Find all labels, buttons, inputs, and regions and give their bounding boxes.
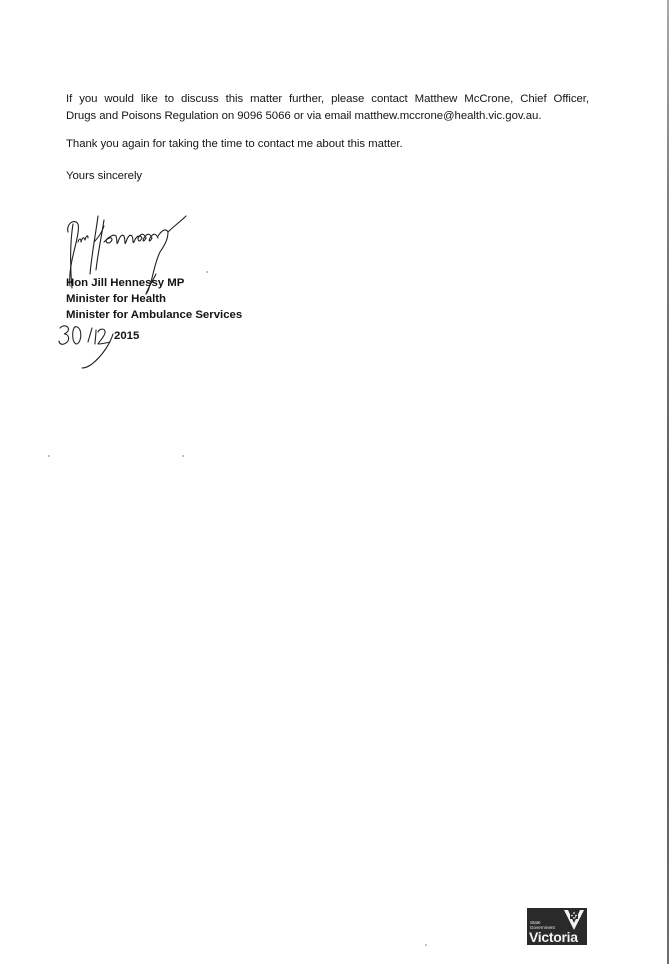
date-year: 2015 <box>114 330 139 342</box>
closing-salutation: Yours sincerely <box>66 168 142 185</box>
thank-you-paragraph: Thank you again for taking the time to c… <box>66 136 403 153</box>
contact-paragraph-line-1: If you would like to discuss this matter… <box>66 91 589 108</box>
signatory-name: Hon Jill Hennessy MP <box>66 275 242 291</box>
contact-paragraph-line-2: Drugs and Poisons Regulation on 9096 506… <box>66 108 589 125</box>
handwritten-date-icon <box>58 322 118 372</box>
signatory-title-health: Minister for Health <box>66 291 242 307</box>
victoria-v-southern-cross-icon <box>563 909 585 931</box>
logo-wordmark: Victoria <box>529 930 578 944</box>
scan-speck <box>425 944 427 946</box>
scan-speck <box>48 455 50 457</box>
scan-speck <box>206 271 208 273</box>
signatory-title-ambulance: Minister for Ambulance Services <box>66 307 242 323</box>
scan-speck <box>182 455 184 457</box>
letter-page: If you would like to discuss this matter… <box>0 0 669 964</box>
signature-date: 2015 <box>58 322 178 372</box>
contact-paragraph: If you would like to discuss this matter… <box>66 91 589 125</box>
victoria-government-logo: State Government Victoria <box>527 908 587 945</box>
signatory-block: Hon Jill Hennessy MP Minister for Health… <box>66 275 242 323</box>
